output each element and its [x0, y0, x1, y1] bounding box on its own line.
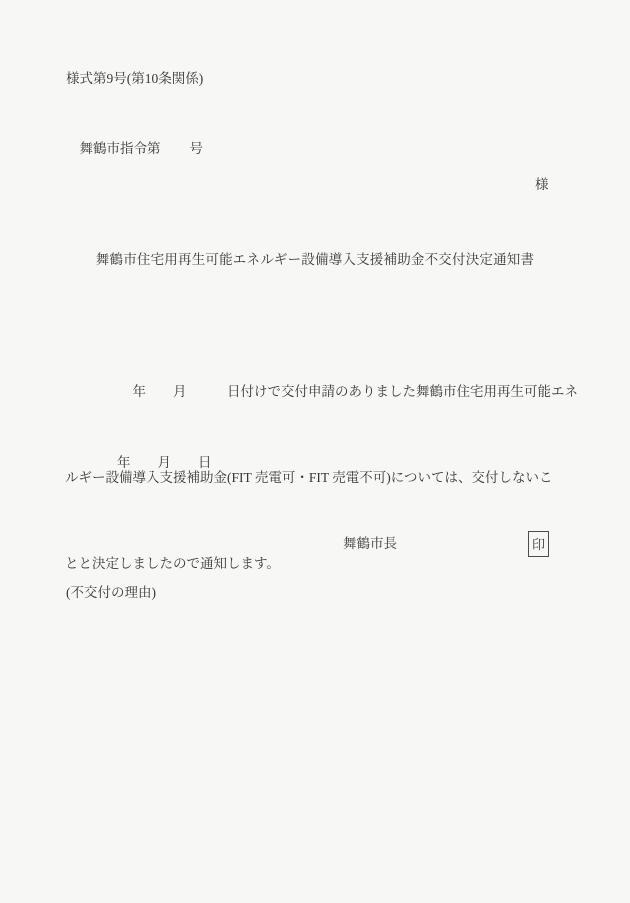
addressee-honorific: 様	[535, 177, 549, 193]
directive-number-line: 舞鶴市指令第号	[66, 125, 203, 174]
seal-placeholder-label: 印	[532, 538, 545, 551]
form-number: 様式第9号(第10条関係)	[66, 71, 203, 87]
body-line-1: 年 月 日付けで交付申請のありました舞鶴市住宅用再生可能エネ	[65, 378, 575, 407]
non-grant-reason-label: (不交付の理由)	[66, 585, 156, 601]
seal-box: 印	[528, 531, 549, 557]
directive-number-blank	[161, 152, 190, 153]
body-line-3: とと決定しましたので通知します。	[65, 550, 575, 579]
mayor-signature-label: 舞鶴市長	[343, 536, 397, 552]
document-page: 様式第9号(第10条関係) 舞鶴市指令第号 様 舞鶴市住宅用再生可能エネルギー設…	[0, 0, 630, 903]
directive-number-prefix: 舞鶴市指令第	[80, 141, 161, 156]
document-title: 舞鶴市住宅用再生可能エネルギー設備導入支援補助金不交付決定通知書	[0, 252, 630, 268]
directive-number-suffix: 号	[190, 141, 204, 156]
decision-date-line: 年 月 日	[117, 455, 212, 471]
